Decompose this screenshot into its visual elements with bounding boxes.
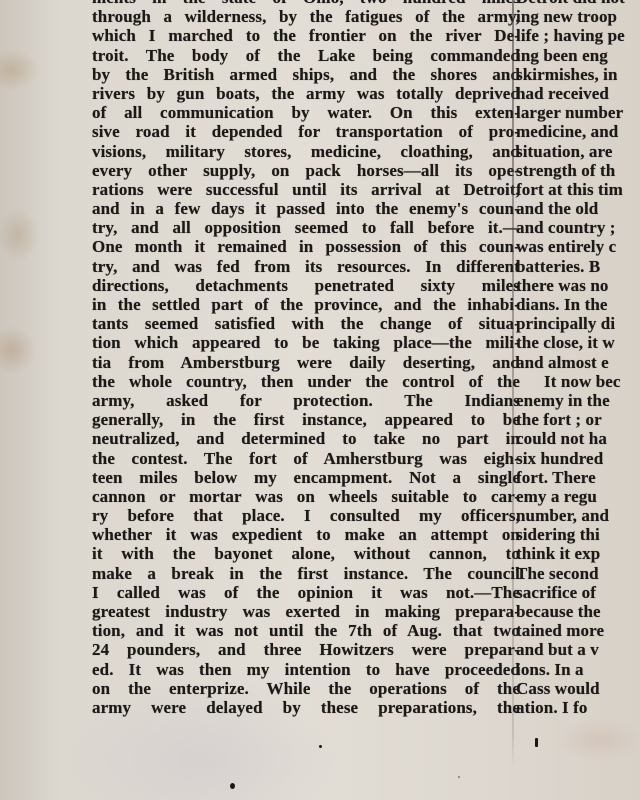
right-column-text-line: the close, it w bbox=[516, 333, 640, 352]
main-column-text-line: whether it was expedient to make an atte… bbox=[92, 525, 520, 544]
main-column-text-line: ry before that place. I consulted my off… bbox=[92, 506, 520, 525]
right-column-text-line: and country ; bbox=[516, 218, 640, 237]
main-column-text-line: tion which appeared to be taking place—t… bbox=[92, 333, 520, 352]
right-column-text-line: was entirely c bbox=[516, 237, 640, 256]
right-column-text-line: strength of th bbox=[516, 161, 640, 180]
main-column-text-line: try, and was fed from its resources. In … bbox=[92, 257, 520, 276]
right-column-text-line: medicine, and bbox=[516, 122, 640, 141]
right-column-text-line: Detroit did not bbox=[516, 0, 640, 7]
main-column-text-line: generally, in the first instance, appear… bbox=[92, 410, 520, 429]
right-column-text-line: sidering thi bbox=[516, 525, 640, 544]
right-column-text-line: and almost e bbox=[516, 353, 640, 372]
main-column-text-line: troit. The body of the Lake being comman… bbox=[92, 46, 520, 65]
main-column-text-line: it with the bayonet alone, without canno… bbox=[92, 544, 520, 563]
main-column-text-line: army, asked for protection. The Indians bbox=[92, 391, 520, 410]
main-column-text-line: sive road it depended for transportation… bbox=[92, 122, 520, 141]
right-column-text-line: there was no bbox=[516, 276, 640, 295]
main-column-text-line: 24 pounders, and three Howitzers were pr… bbox=[92, 640, 520, 659]
main-column-text-line: I called was of the opinion it was not.—… bbox=[92, 583, 520, 602]
ink-speck bbox=[319, 745, 322, 748]
main-column-text-line: and in a few days it passed into the ene… bbox=[92, 199, 520, 218]
main-column-text-line: ed. It was then my intention to have pro… bbox=[92, 660, 520, 679]
main-column-text-line: tants seemed satisfied with the change o… bbox=[92, 314, 520, 333]
ink-speck bbox=[230, 783, 235, 789]
main-column-text-line: rivers by gun boats, the army was totall… bbox=[92, 84, 520, 103]
right-text-column: Detroit did noting new trooplife ; havin… bbox=[516, 0, 640, 717]
right-column-text-line: dians. In the bbox=[516, 295, 640, 314]
right-column-text-line: enemy in the bbox=[516, 391, 640, 410]
main-column-text-line: One month it remained in possession of t… bbox=[92, 237, 520, 256]
main-column-text-line: every other supply, on pack horses—all i… bbox=[92, 161, 520, 180]
ink-speck bbox=[458, 776, 460, 778]
main-column-text-line: on the enterprize. While the operations … bbox=[92, 679, 520, 698]
right-column-text-line: emy a regu bbox=[516, 487, 640, 506]
right-column-text-line: ation. I fo bbox=[516, 698, 640, 717]
right-column-text-line: had received bbox=[516, 84, 640, 103]
main-column-text-line: the contest. The fort of Amherstburg was… bbox=[92, 449, 520, 468]
right-column-text-line: number, and bbox=[516, 506, 640, 525]
main-text-column: ments in the state of Ohio, two hundred … bbox=[92, 0, 520, 717]
right-column-text-line: life ; having pe bbox=[516, 26, 640, 45]
right-column-text-line: fort. There bbox=[516, 468, 640, 487]
main-column-text-line: ments in the state of Ohio, two hundred … bbox=[92, 0, 520, 7]
main-column-text-line: by the British armed ships, and the shor… bbox=[92, 65, 520, 84]
column-divider-rule bbox=[512, 0, 514, 770]
main-column-text-line: visions, military stores, medicine, cloa… bbox=[92, 142, 520, 161]
right-column-text-line: batteries. B bbox=[516, 257, 640, 276]
right-column-text-line: because the bbox=[516, 602, 640, 621]
right-column-text-line: Cass would bbox=[516, 679, 640, 698]
right-column-text-line: six hundred bbox=[516, 449, 640, 468]
main-column-text-line: army were delayed by these preparations,… bbox=[92, 698, 520, 717]
right-column-text-line: larger number bbox=[516, 103, 640, 122]
main-column-text-line: rations were successful until its arriva… bbox=[92, 180, 520, 199]
right-column-text-line: skirmishes, in bbox=[516, 65, 640, 84]
main-column-text-line: cannon or mortar was on wheels suitable … bbox=[92, 487, 520, 506]
newspaper-page: ments in the state of Ohio, two hundred … bbox=[0, 0, 640, 800]
main-column-text-line: in the settled part of the province, and… bbox=[92, 295, 520, 314]
right-column-text-line: ing been eng bbox=[516, 46, 640, 65]
main-column-text-line: tia from Amberstburg were daily desertin… bbox=[92, 353, 520, 372]
main-column-text-line: through a wilderness, by the fatigues of… bbox=[92, 7, 520, 26]
right-column-text-line: sacrifice of bbox=[516, 583, 640, 602]
main-column-text-line: try, and all opposition seemed to fall b… bbox=[92, 218, 520, 237]
right-column-text-line: could not ha bbox=[516, 429, 640, 448]
right-column-text-line: the fort ; or bbox=[516, 410, 640, 429]
ink-speck bbox=[535, 738, 538, 747]
right-column-text-line: It now bec bbox=[516, 372, 640, 391]
right-column-text-line: principally di bbox=[516, 314, 640, 333]
right-column-text-line: ing new troop bbox=[516, 7, 640, 26]
right-column-text-line: tained more bbox=[516, 621, 640, 640]
right-column-text-line: think it exp bbox=[516, 544, 640, 563]
main-column-text-line: neutralized, and determined to take no p… bbox=[92, 429, 520, 448]
right-column-text-line: and but a v bbox=[516, 640, 640, 659]
right-column-text-line: situation, are bbox=[516, 142, 640, 161]
right-column-text-line: ions. In a bbox=[516, 660, 640, 679]
main-column-text-line: make a break in the first instance. The … bbox=[92, 564, 520, 583]
main-column-text-line: the whole country, then under the contro… bbox=[92, 372, 520, 391]
main-column-text-line: teen miles below my encampment. Not a si… bbox=[92, 468, 520, 487]
right-column-text-line: The second bbox=[516, 564, 640, 583]
main-column-text-line: greatest industry was exerted in making … bbox=[92, 602, 520, 621]
right-column-text-line: and the old bbox=[516, 199, 640, 218]
main-column-text-line: of all communication by water. On this e… bbox=[92, 103, 520, 122]
main-column-text-line: directions, detachments penetrated sixty… bbox=[92, 276, 520, 295]
right-column-text-line: fort at this tim bbox=[516, 180, 640, 199]
main-column-text-line: tion, and it was not until the 7th of Au… bbox=[92, 621, 520, 640]
main-column-text-line: which I marched to the frontier on the r… bbox=[92, 26, 520, 45]
